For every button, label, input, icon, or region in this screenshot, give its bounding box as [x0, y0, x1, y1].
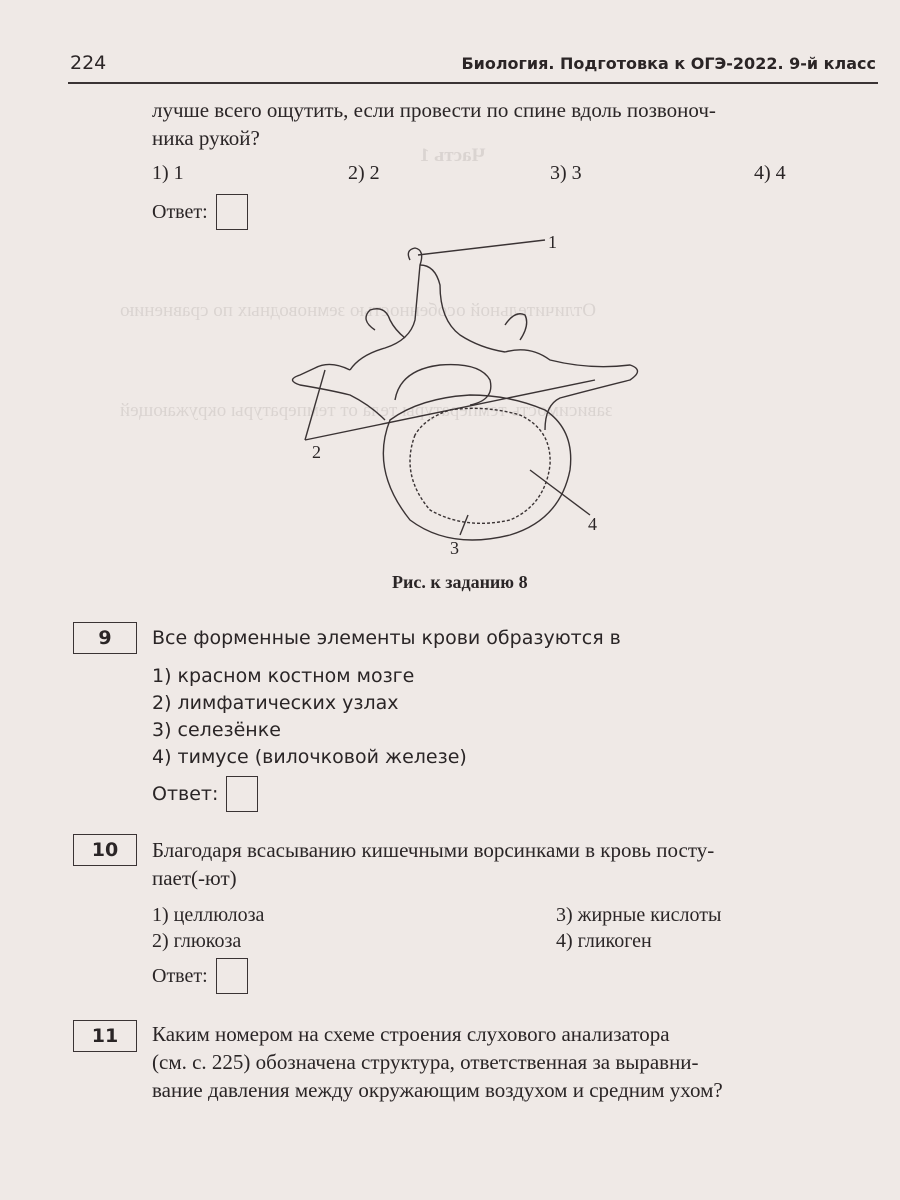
- q11-text-line2: (см. с. 225) обозначена структура, ответ…: [152, 1048, 699, 1076]
- running-title: Биология. Подготовка к ОГЭ-2022. 9-й кла…: [461, 54, 876, 73]
- answer-box[interactable]: [226, 776, 258, 812]
- figure-label-1: 1: [548, 232, 557, 253]
- answer-box[interactable]: [216, 194, 248, 230]
- header-rule: [68, 82, 878, 84]
- page-number: 224: [70, 52, 106, 74]
- q8-option-2: 2) 2: [348, 162, 380, 185]
- q10-text-line1: Благодаря всасыванию кишечными ворсинкам…: [152, 836, 714, 864]
- answer-box[interactable]: [216, 958, 248, 994]
- q9-option-3: 3) селезёнке: [152, 716, 281, 744]
- q9-option-4: 4) тимусе (вилочковой железе): [152, 743, 467, 771]
- q10-option-3: 3) жирные кислоты: [556, 904, 721, 927]
- answer-label: Ответ:: [152, 783, 218, 805]
- q8-option-4: 4) 4: [754, 162, 786, 185]
- q10-answer: Ответ:: [152, 958, 248, 994]
- q9-text: Все форменные элементы крови образуются …: [152, 624, 621, 652]
- question-number-9: 9: [73, 622, 137, 654]
- answer-label: Ответ:: [152, 201, 208, 224]
- q11-text-line1: Каким номером на схеме строения слуховог…: [152, 1020, 670, 1048]
- figure-label-2: 2: [312, 442, 321, 463]
- q8-option-3: 3) 3: [550, 162, 582, 185]
- q8-text-line2: ника рукой?: [152, 124, 260, 152]
- question-number-11: 11: [73, 1020, 137, 1052]
- q8-answer: Ответ:: [152, 194, 248, 230]
- q8-text-line1: лучше всего ощутить, если провести по сп…: [152, 96, 716, 124]
- q10-option-4: 4) гликоген: [556, 930, 652, 953]
- bleed-through-text: Часть 1: [420, 145, 486, 167]
- figure-caption: Рис. к заданию 8: [392, 572, 528, 593]
- q11-text-line3: вание давления между окружающим воздухом…: [152, 1076, 723, 1104]
- figure-label-3: 3: [450, 538, 459, 559]
- vertebra-figure: 1 2 3 4: [290, 230, 640, 560]
- answer-label: Ответ:: [152, 965, 208, 988]
- q10-text-line2: пает(-ют): [152, 864, 237, 892]
- q10-option-2: 2) глюкоза: [152, 930, 241, 953]
- q9-answer: Ответ:: [152, 776, 258, 812]
- q8-option-1: 1) 1: [152, 162, 184, 185]
- q9-option-2: 2) лимфатических узлах: [152, 689, 399, 717]
- q9-option-1: 1) красном костном мозге: [152, 662, 414, 690]
- question-number-10: 10: [73, 834, 137, 866]
- figure-label-4: 4: [588, 514, 597, 535]
- q10-option-1: 1) целлюлоза: [152, 904, 264, 927]
